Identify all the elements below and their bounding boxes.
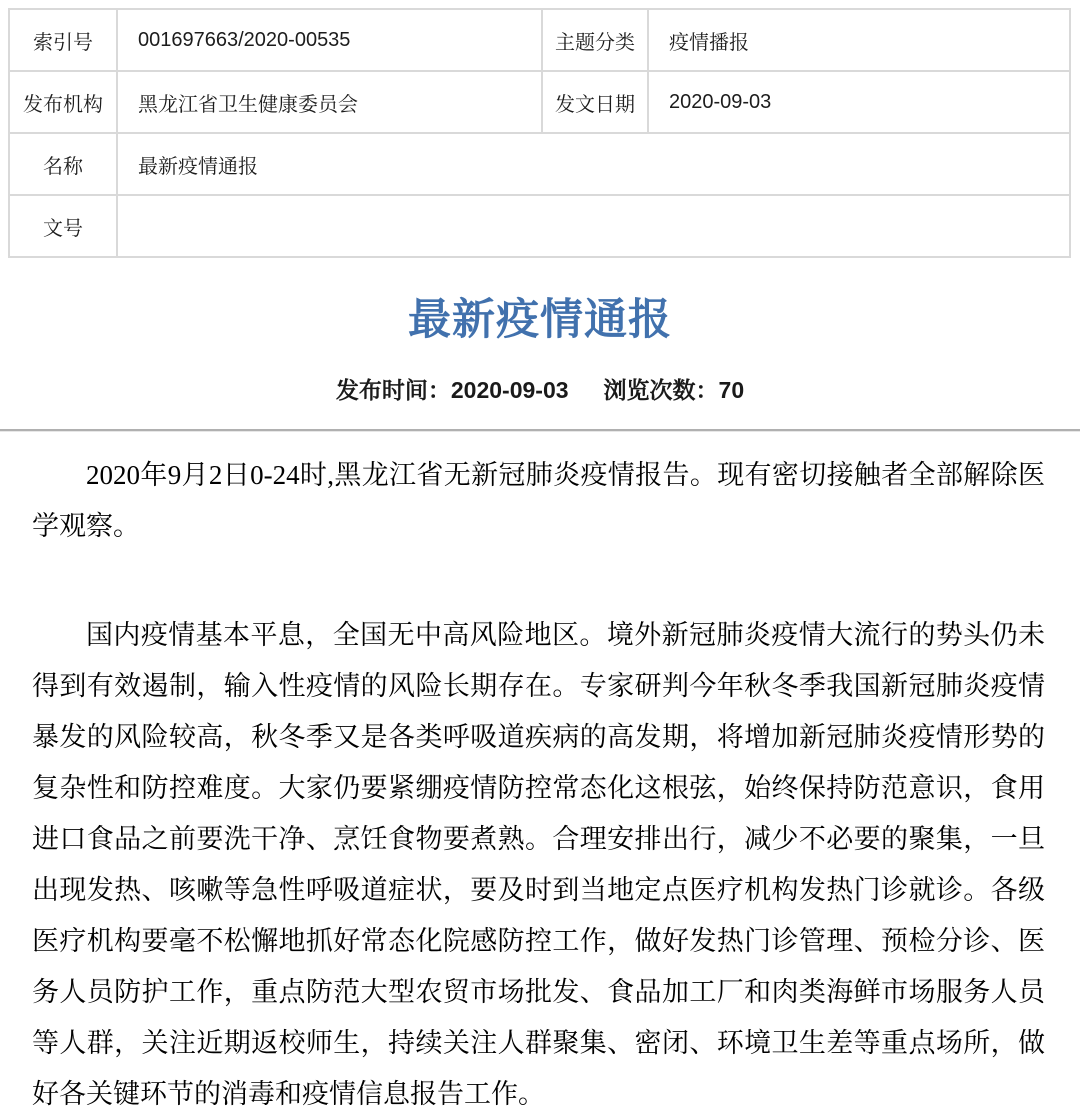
paragraph: 2020年9月2日0-24时,黑龙江省无新冠肺炎疫情报告。现有密切接触者全部解除… [32,450,1045,552]
page-title: 最新疫情通报 [0,298,1080,343]
view-count-value: 70 [719,377,745,403]
view-count: 浏览次数：70 [604,377,745,403]
issue-date-label: 发文日期 [542,71,648,133]
doc-number-value [117,195,1070,257]
name-label: 名称 [9,133,117,195]
publisher-label: 发布机构 [9,71,117,133]
publish-time: 发布时间：2020-09-03 [336,377,569,403]
table-row: 发布机构 黑龙江省卫生健康委员会 发文日期 2020-09-03 [9,71,1070,133]
table-row: 名称 最新疫情通报 [9,133,1070,195]
index-number-label: 索引号 [9,9,117,71]
name-value: 最新疫情通报 [117,133,1070,195]
article-meta-line: 发布时间：2020-09-03浏览次数：70 [0,372,1080,405]
doc-number-label: 文号 [9,195,117,257]
issue-date-value: 2020-09-03 [648,71,1070,133]
index-number-value: 001697663/2020-00535 [117,9,542,71]
publish-time-value: 2020-09-03 [451,377,569,403]
paragraph: 国内疫情基本平息，全国无中高风险地区。境外新冠肺炎疫情大流行的势头仍未得到有效遏… [32,610,1045,1113]
publisher-value: 黑龙江省卫生健康委员会 [117,71,542,133]
topic-category-label: 主题分类 [542,9,648,71]
horizontal-divider [0,429,1080,432]
article-body: 2020年9月2日0-24时,黑龙江省无新冠肺炎疫情报告。现有密切接触者全部解除… [0,450,1080,1113]
document-info-table: 索引号 001697663/2020-00535 主题分类 疫情播报 发布机构 … [8,8,1071,258]
table-row: 索引号 001697663/2020-00535 主题分类 疫情播报 [9,9,1070,71]
view-count-label: 浏览次数： [604,377,719,403]
table-row: 文号 [9,195,1070,257]
topic-category-value: 疫情播报 [648,9,1070,71]
publish-time-label: 发布时间： [336,377,451,403]
